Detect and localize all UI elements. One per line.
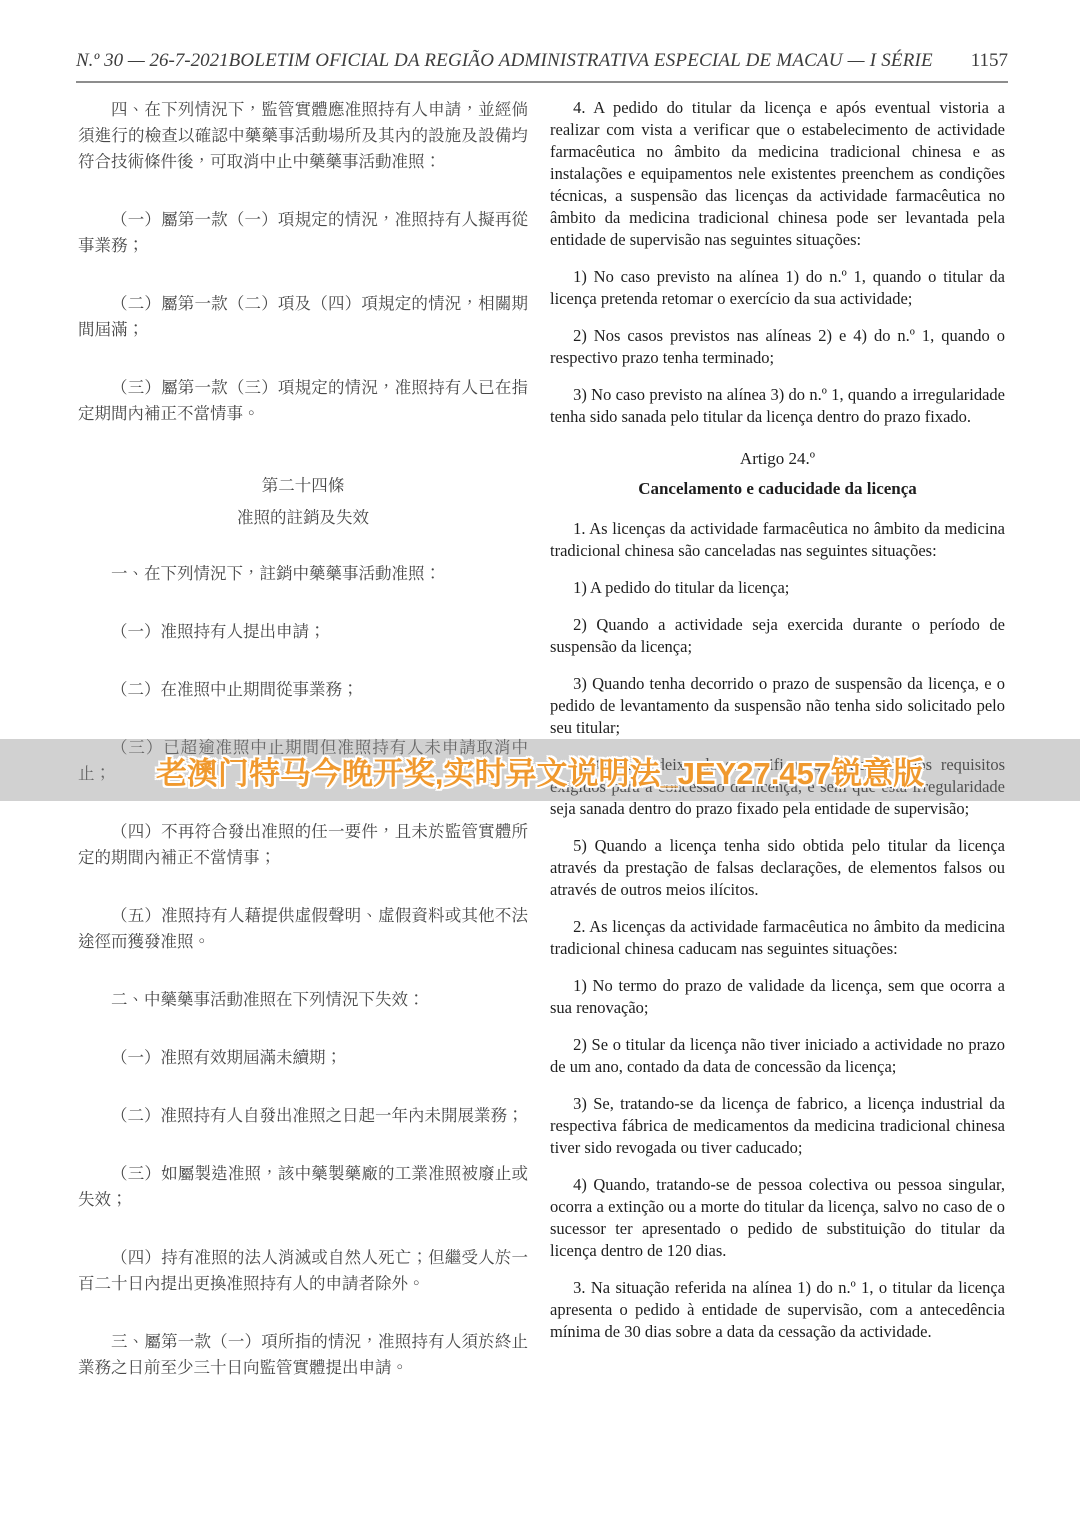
paragraph: 2) Se o titular da licença não tiver ini… [550, 1034, 1005, 1078]
paragraph: 1. As licenças da actividade farmacêutic… [550, 518, 1005, 562]
paragraph: 3) No caso previsto na alínea 3) do n.º … [550, 384, 1005, 428]
paragraph: 3) Quando tenha decorrido o prazo de sus… [550, 673, 1005, 739]
paragraph: 三、屬第一款（一）項所指的情況，准照持有人須於終止業務之日前至少三十日向監管實體… [78, 1329, 528, 1381]
paragraph: 二、中藥藥事活動准照在下列情況下失效： [78, 987, 528, 1013]
paragraph: 1) A pedido do titular da licença; [550, 577, 1005, 599]
paragraph: （一）准照持有人提出申請； [78, 619, 528, 645]
paragraph: （五）准照持有人藉提供虛假聲明、虛假資料或其他不法途徑而獲發准照。 [78, 903, 528, 955]
article-heading: Cancelamento e caducidade da licença [550, 478, 1005, 500]
paragraph: 4) Quando deixe de se verificar qualquer… [550, 754, 1005, 820]
paragraph: 2) Nos casos previstos nas alíneas 2) e … [550, 325, 1005, 369]
paragraph: 4. A pedido do titular da licença e após… [550, 97, 1005, 251]
paragraph: （二）屬第一款（二）項及（四）項規定的情況，相關期間屆滿； [78, 291, 528, 343]
two-column-body: 四、在下列情況下，監管實體應准照持有人申請，並經倘須進行的檢查以確認中藥藥事活動… [0, 83, 1080, 1413]
paragraph: （二）在准照中止期間從事業務； [78, 677, 528, 703]
paragraph: 2) Quando a actividade seja exercida dur… [550, 614, 1005, 658]
paragraph: 2. As licenças da actividade farmacêutic… [550, 916, 1005, 960]
paragraph: （一）准照有效期屆滿未續期； [78, 1045, 528, 1071]
article-heading: 第二十四條 [78, 473, 528, 499]
paragraph: （二）准照持有人自發出准照之日起一年內未開展業務； [78, 1103, 528, 1129]
column-chinese: 四、在下列情況下，監管實體應准照持有人申請，並經倘須進行的檢查以確認中藥藥事活動… [78, 97, 528, 1413]
gazette-title: BOLETIM OFICIAL DA REGIÃO ADMINISTRATIVA… [229, 50, 933, 72]
paragraph: 四、在下列情況下，監管實體應准照持有人申請，並經倘須進行的檢查以確認中藥藥事活動… [78, 97, 528, 175]
gazette-page: N.º 30 — 26-7-2021 BOLETIM OFICIAL DA RE… [0, 0, 1080, 1540]
paragraph: 5) Quando a licença tenha sido obtida pe… [550, 835, 1005, 901]
paragraph: （四）不再符合發出准照的任一要件，且未於監管實體所定的期間內補正不當情事； [78, 819, 528, 871]
paragraph: 3) Se, tratando-se da licença de fabrico… [550, 1093, 1005, 1159]
paragraph: （三）屬第一款（三）項規定的情況，准照持有人已在指定期間內補正不當情事。 [78, 375, 528, 427]
paragraph: 1) No caso previsto na alínea 1) do n.º … [550, 266, 1005, 310]
paragraph: （一）屬第一款（一）項規定的情況，准照持有人擬再從事業務； [78, 207, 528, 259]
page-header: N.º 30 — 26-7-2021 BOLETIM OFICIAL DA RE… [0, 0, 1080, 72]
issue-number: N.º 30 — 26-7-2021 [76, 50, 229, 72]
paragraph: （三）已超逾准照中止期間但准照持有人未申請取消中止； [78, 735, 528, 787]
paragraph: 4) Quando, tratando-se de pessoa colecti… [550, 1174, 1005, 1262]
column-portuguese: 4. A pedido do titular da licença e após… [550, 97, 1005, 1413]
paragraph: 1) No termo do prazo de validade da lice… [550, 975, 1005, 1019]
paragraph: （三）如屬製造准照，該中藥製藥廠的工業准照被廢止或失效； [78, 1161, 528, 1213]
article-heading: 准照的註銷及失效 [78, 505, 528, 531]
paragraph: 一、在下列情況下，註銷中藥藥事活動准照： [78, 561, 528, 587]
paragraph: 3. Na situação referida na alínea 1) do … [550, 1277, 1005, 1343]
article-heading: Artigo 24.º [550, 448, 1005, 470]
page-number: 1157 [933, 50, 1008, 72]
paragraph: （四）持有准照的法人消滅或自然人死亡；但繼受人於一百二十日內提出更換准照持有人的… [78, 1245, 528, 1297]
